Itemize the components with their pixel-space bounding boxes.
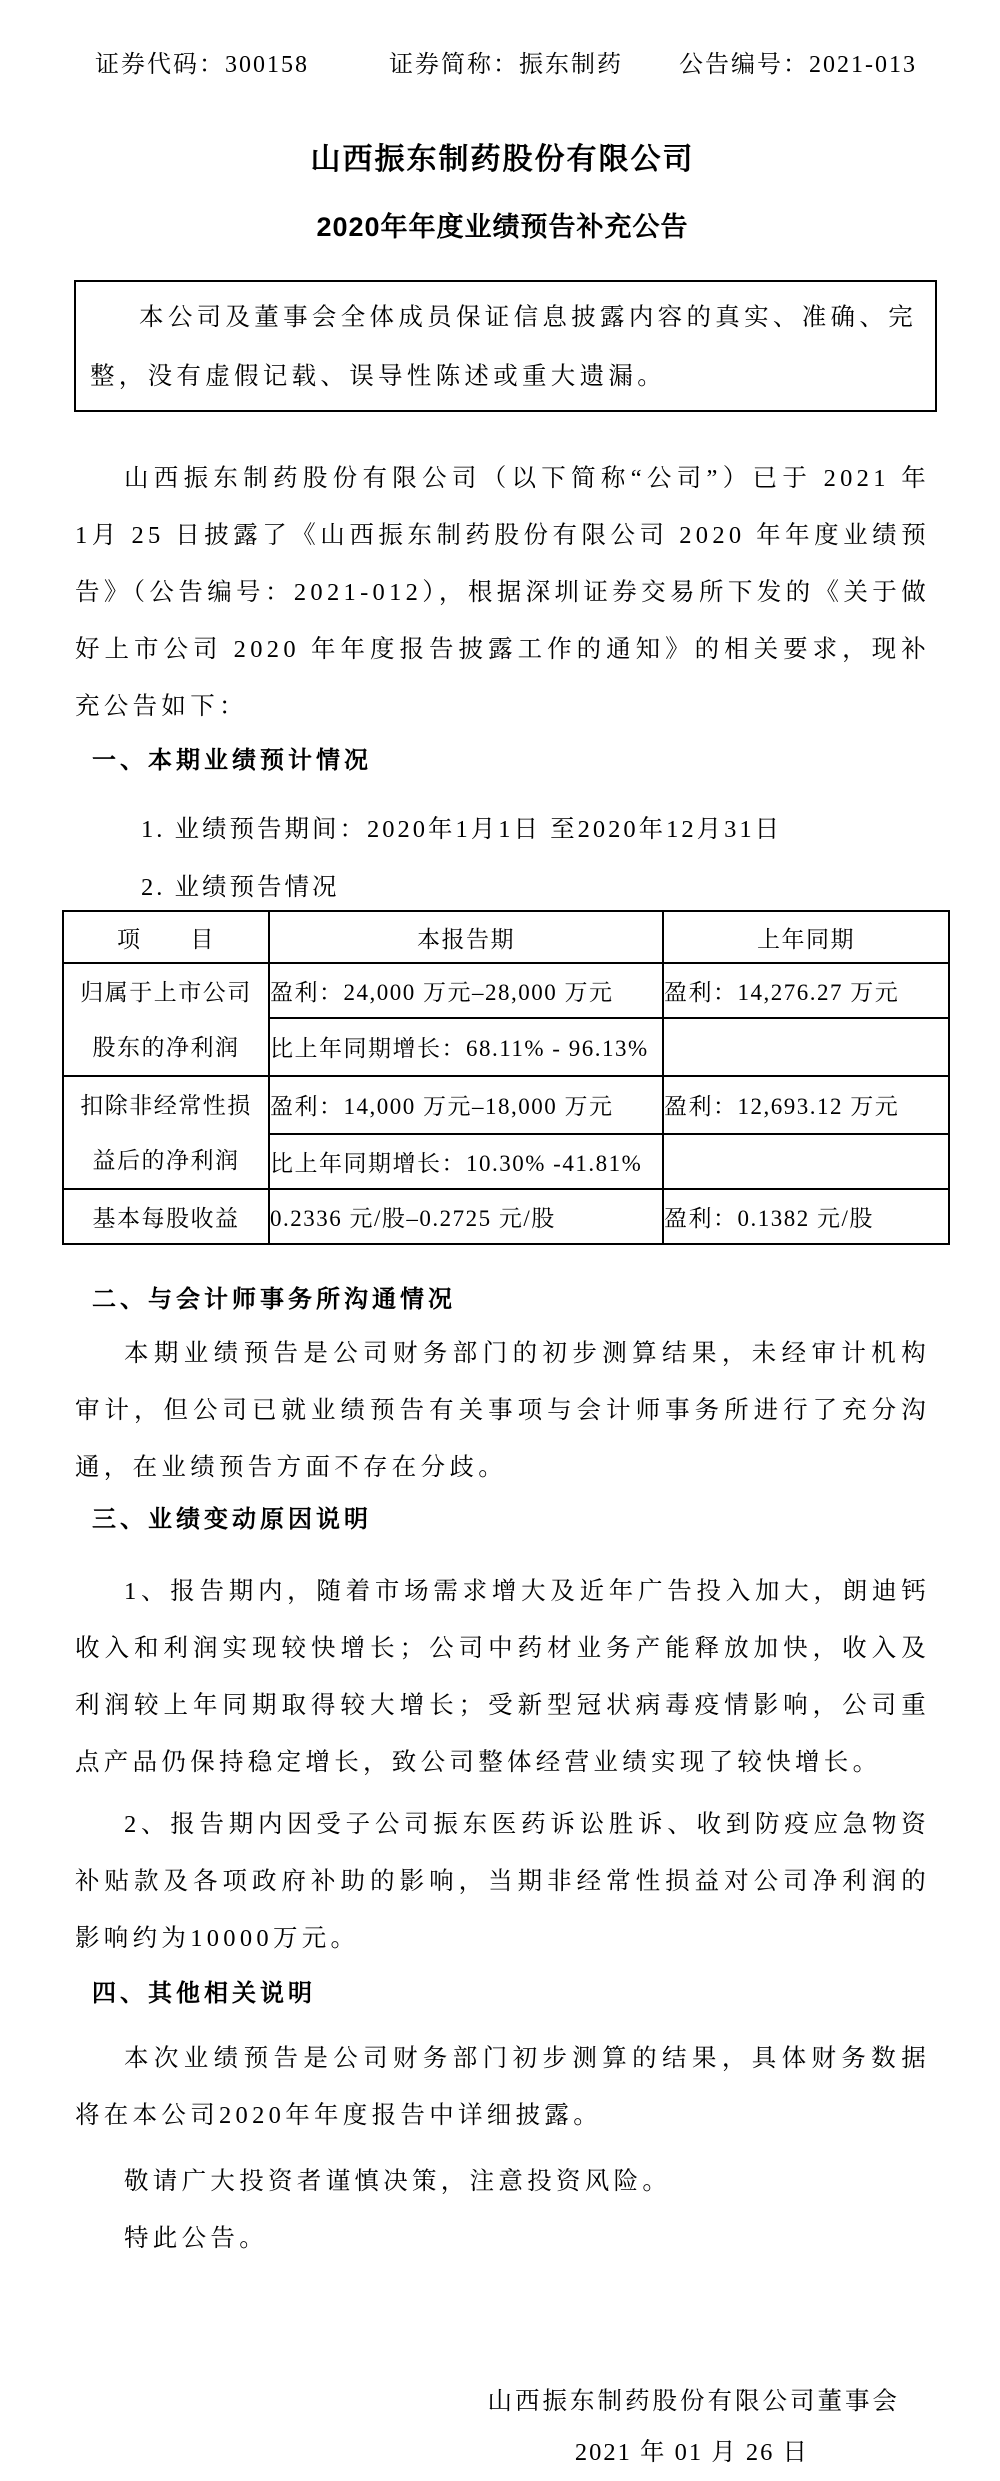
announcement-number-value: 2021-013: [809, 52, 917, 78]
row2-item-line1: 扣除非经常性损: [64, 1078, 268, 1133]
row1-prior-profit: 盈利：14,276.27 万元: [663, 963, 949, 1018]
header-prior-period: 上年同期: [663, 911, 949, 963]
announcement-number: 公告编号：2021-013: [679, 50, 917, 80]
row1-item-line2: 股东的净利润: [64, 1020, 268, 1075]
announcement-document: 证券代码：300158 证券简称：振东制药 公告编号：2021-013 山西振东…: [0, 0, 1000, 2481]
announcement-number-label: 公告编号：: [679, 52, 809, 78]
signature-company: 山西振东制药股份有限公司董事会: [75, 2387, 930, 2417]
row2-prior-profit: 盈利：12,693.12 万元: [663, 1076, 949, 1134]
stock-name-value: 振东制药: [519, 52, 623, 78]
company-title: 山西振东制药股份有限公司: [75, 141, 930, 179]
section3-heading: 三、业绩变动原因说明: [75, 1505, 930, 1535]
announcement-title: 2020年年度业绩预告补充公告: [75, 210, 930, 244]
row2-current-profit: 盈利：14,000 万元–18,000 万元: [269, 1076, 663, 1134]
row2-prior-empty: [663, 1134, 949, 1189]
stock-name-label: 证券简称：: [389, 52, 519, 78]
section4-heading: 四、其他相关说明: [75, 1979, 930, 2009]
row2-item-cell: 扣除非经常性损 益后的净利润: [63, 1076, 269, 1189]
stock-code-label: 证券代码：: [95, 52, 225, 78]
section4-paragraph1: 本次业绩预告是公司财务部门初步测算的结果，具体财务数据将在本公司2020年年度报…: [75, 2030, 930, 2144]
section3-paragraph1: 1、报告期内，随着市场需求增大及近年广告投入加大，朗迪钙收入和利润实现较快增长；…: [75, 1563, 930, 1791]
section3-paragraph2: 2、报告期内因受子公司振东医药诉讼胜诉、收到防疫应急物资补贴款及各项政府补助的影…: [75, 1796, 930, 1967]
document-header-meta: 证券代码：300158 证券简称：振东制药 公告编号：2021-013: [95, 50, 930, 80]
signature-date: 2021 年 01 月 26 日: [75, 2438, 930, 2468]
section2-paragraph: 本期业绩预告是公司财务部门的初步测算结果，未经审计机构审计，但公司已就业绩预告有…: [75, 1325, 930, 1496]
header-item: 项 目: [63, 911, 269, 963]
stock-code-value: 300158: [225, 52, 309, 78]
statement-box: 本公司及董事会全体成员保证信息披露内容的真实、准确、完整，没有虚假记载、误导性陈…: [74, 280, 937, 412]
row1-current-growth: 比上年同期增长：68.11% - 96.13%: [269, 1018, 663, 1076]
section1-heading: 一、本期业绩预计情况: [75, 746, 930, 776]
row3-prior: 盈利：0.1382 元/股: [663, 1189, 949, 1244]
row3-current: 0.2336 元/股–0.2725 元/股: [269, 1189, 663, 1244]
table-row: 扣除非经常性损 益后的净利润 盈利：14,000 万元–18,000 万元 盈利…: [63, 1076, 949, 1134]
row3-item: 基本每股收益: [63, 1189, 269, 1244]
table-row: 基本每股收益 0.2336 元/股–0.2725 元/股 盈利：0.1382 元…: [63, 1189, 949, 1244]
intro-paragraph: 山西振东制药股份有限公司（以下简称“公司”）已于 2021 年 1月 25 日披…: [75, 450, 930, 735]
row1-item-cell: 归属于上市公司 股东的净利润: [63, 963, 269, 1076]
statement-text: 本公司及董事会全体成员保证信息披露内容的真实、准确、完整，没有虚假记载、误导性陈…: [90, 288, 917, 406]
section4-paragraph3: 特此公告。: [75, 2210, 930, 2267]
row2-item-line2: 益后的净利润: [64, 1133, 268, 1188]
section1-item1: 1. 业绩预告期间：2020年1月1日 至2020年12月31日: [75, 815, 930, 845]
stock-name: 证券简称：振东制药: [389, 50, 623, 80]
table-header-row: 项 目 本报告期 上年同期: [63, 911, 949, 963]
stock-code: 证券代码：300158: [95, 50, 309, 80]
section2-heading: 二、与会计师事务所沟通情况: [75, 1285, 930, 1315]
row1-current-profit: 盈利：24,000 万元–28,000 万元: [269, 963, 663, 1018]
row1-prior-empty: [663, 1018, 949, 1076]
row2-current-growth: 比上年同期增长：10.30% -41.81%: [269, 1134, 663, 1189]
row1-item-line1: 归属于上市公司: [64, 965, 268, 1020]
table-row: 归属于上市公司 股东的净利润 盈利：24,000 万元–28,000 万元 盈利…: [63, 963, 949, 1018]
section1-item2: 2. 业绩预告情况: [75, 873, 930, 903]
forecast-table: 项 目 本报告期 上年同期 归属于上市公司 股东的净利润 盈利：24,000 万…: [62, 910, 950, 1245]
header-current-period: 本报告期: [269, 911, 663, 963]
section4-paragraph2: 敬请广大投资者谨慎决策，注意投资风险。: [75, 2153, 930, 2210]
